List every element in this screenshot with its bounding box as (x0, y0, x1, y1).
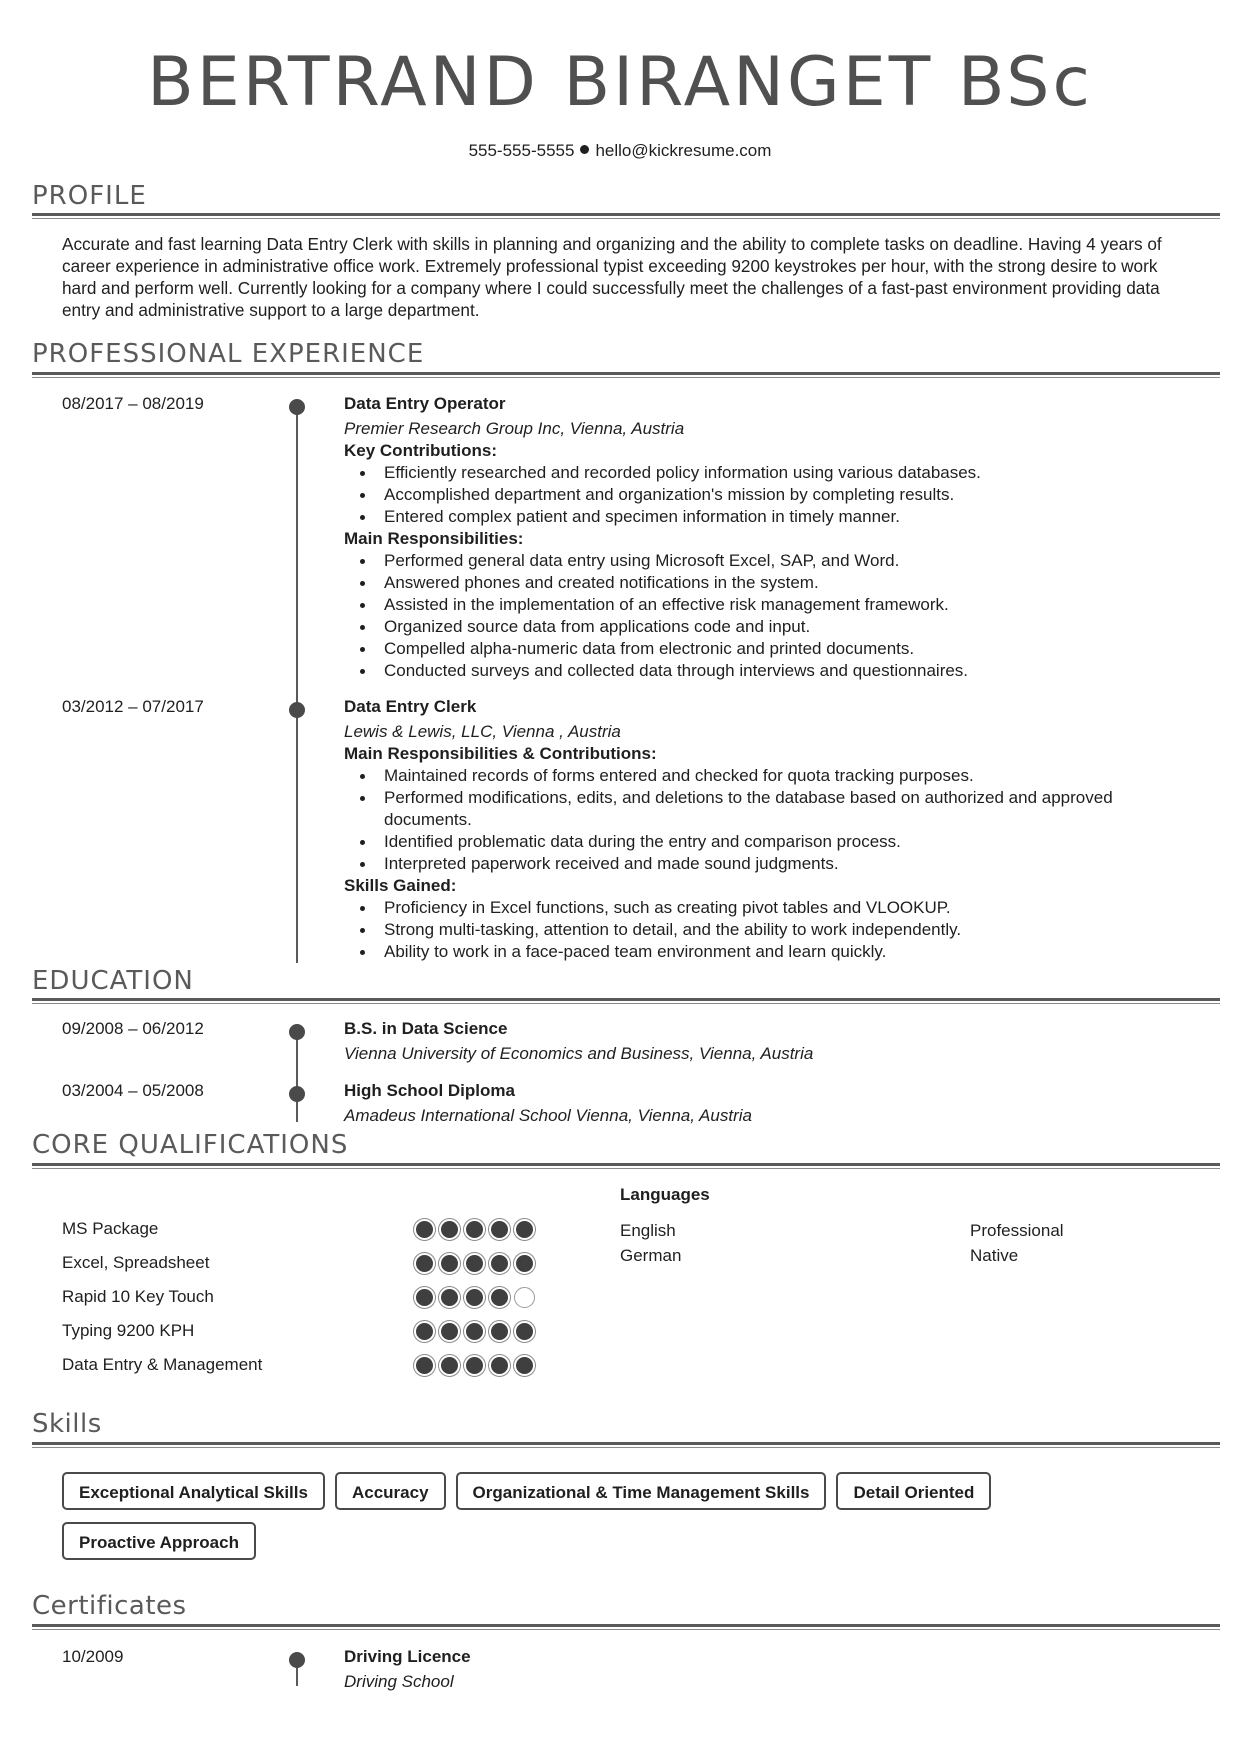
experience-dates: 03/2012 – 07/2017 (62, 697, 204, 717)
degree-title: B.S. in Data Science (344, 1018, 1204, 1040)
skill-tag: Detail Oriented (836, 1472, 991, 1510)
education-entry: B.S. in Data Science Vienna University o… (344, 1018, 1204, 1065)
list-item: Identified problematic data during the e… (384, 831, 1204, 853)
company-name: Lewis & Lewis, LLC, Vienna , Austria (344, 721, 1204, 743)
timeline-dot-icon (289, 399, 305, 415)
group-label: Main Responsibilities & Contributions: (344, 743, 1204, 765)
section-title-qualifications: CORE QUALIFICATIONS (32, 1130, 348, 1160)
list-item: Performed general data entry using Micro… (384, 550, 1204, 572)
profile-summary: Accurate and fast learning Data Entry Cl… (62, 233, 1180, 321)
filled-dot-icon (489, 1355, 510, 1376)
filled-dot-icon (489, 1253, 510, 1274)
job-title: Data Entry Operator (344, 393, 1204, 415)
group-label: Main Responsibilities: (344, 528, 1204, 550)
school-name: Amadeus International School Vienna, Vie… (344, 1105, 1204, 1127)
filled-dot-icon (439, 1219, 460, 1240)
filled-dot-icon (414, 1321, 435, 1342)
section-divider (32, 372, 1220, 378)
bullet-separator-icon (580, 145, 589, 154)
degree-title: High School Diploma (344, 1080, 1204, 1102)
timeline-dot-icon (289, 702, 305, 718)
section-divider (32, 1624, 1220, 1630)
job-title: Data Entry Clerk (344, 696, 1204, 718)
filled-dot-icon (464, 1321, 485, 1342)
filled-dot-icon (464, 1253, 485, 1274)
list-item: Assisted in the implementation of an eff… (384, 594, 1204, 616)
bullet-list: Performed general data entry using Micro… (344, 550, 1204, 682)
bullet-list: Maintained records of forms entered and … (344, 765, 1204, 875)
rating-dots (414, 1253, 538, 1274)
qualification-label: Typing 9200 KPH (62, 1321, 194, 1341)
rating-dots (414, 1321, 538, 1342)
empty-dot-icon (514, 1287, 535, 1308)
section-title-education: EDUCATION (32, 966, 194, 996)
skill-tag: Accuracy (335, 1472, 446, 1510)
rating-dots (414, 1219, 538, 1240)
list-item: Interpreted paperwork received and made … (384, 853, 1204, 875)
filled-dot-icon (414, 1253, 435, 1274)
education-dates: 03/2004 – 05/2008 (62, 1081, 204, 1101)
timeline-dot-icon (289, 1652, 305, 1668)
skill-tag: Exceptional Analytical Skills (62, 1472, 325, 1510)
list-item: Proficiency in Excel functions, such as … (384, 897, 1204, 919)
section-title-experience: PROFESSIONAL EXPERIENCE (32, 339, 424, 369)
contact-line: 555-555-5555hello@kickresume.com (0, 141, 1240, 161)
email-address[interactable]: hello@kickresume.com (595, 141, 771, 160)
timeline-dot-icon (289, 1086, 305, 1102)
filled-dot-icon (464, 1287, 485, 1308)
education-entry: High School Diploma Amadeus Internationa… (344, 1080, 1204, 1127)
language-name: English (620, 1221, 676, 1241)
filled-dot-icon (489, 1287, 510, 1308)
filled-dot-icon (414, 1219, 435, 1240)
filled-dot-icon (439, 1253, 460, 1274)
filled-dot-icon (414, 1355, 435, 1376)
phone-number: 555-555-5555 (469, 141, 575, 160)
language-level: Native (970, 1246, 1018, 1266)
company-name: Premier Research Group Inc, Vienna, Aust… (344, 418, 1204, 440)
section-divider (32, 213, 1220, 219)
languages-heading: Languages (620, 1185, 710, 1205)
filled-dot-icon (439, 1355, 460, 1376)
qualification-label: Excel, Spreadsheet (62, 1253, 209, 1273)
filled-dot-icon (514, 1219, 535, 1240)
list-item: Strong multi-tasking, attention to detai… (384, 919, 1204, 941)
filled-dot-icon (514, 1355, 535, 1376)
list-item: Performed modifications, edits, and dele… (384, 787, 1144, 831)
section-divider (32, 1442, 1220, 1448)
list-item: Organized source data from applications … (384, 616, 1204, 638)
filled-dot-icon (489, 1219, 510, 1240)
list-item: Ability to work in a face-paced team env… (384, 941, 1204, 963)
qualification-label: MS Package (62, 1219, 158, 1239)
list-item: Maintained records of forms entered and … (384, 765, 1204, 787)
filled-dot-icon (414, 1287, 435, 1308)
filled-dot-icon (514, 1253, 535, 1274)
school-name: Vienna University of Economics and Busin… (344, 1043, 1204, 1065)
section-title-skills: Skills (32, 1409, 102, 1439)
list-item: Entered complex patient and specimen inf… (384, 506, 1204, 528)
section-divider (32, 1163, 1220, 1169)
group-label: Key Contributions: (344, 440, 1204, 462)
section-divider (32, 998, 1220, 1004)
bullet-list: Efficiently researched and recorded poli… (344, 462, 1204, 528)
qualification-label: Rapid 10 Key Touch (62, 1287, 214, 1307)
list-item: Efficiently researched and recorded poli… (384, 462, 1204, 484)
skill-tag: Organizational & Time Management Skills (456, 1472, 827, 1510)
section-title-profile: PROFILE (32, 181, 147, 211)
group-label: Skills Gained: (344, 875, 1204, 897)
filled-dot-icon (464, 1219, 485, 1240)
experience-entry: Data Entry Operator Premier Research Gro… (344, 393, 1204, 682)
rating-dots (414, 1287, 538, 1308)
language-level: Professional (970, 1221, 1064, 1241)
section-title-certificates: Certificates (32, 1591, 187, 1621)
certificate-entry: Driving Licence Driving School (344, 1646, 1204, 1693)
language-name: German (620, 1246, 681, 1266)
experience-entry: Data Entry Clerk Lewis & Lewis, LLC, Vie… (344, 696, 1204, 963)
timeline-dot-icon (289, 1024, 305, 1040)
list-item: Accomplished department and organization… (384, 484, 1204, 506)
certificate-issuer: Driving School (344, 1671, 1204, 1693)
timeline-line (296, 408, 298, 963)
list-item: Answered phones and created notification… (384, 572, 1204, 594)
rating-dots (414, 1355, 538, 1376)
filled-dot-icon (439, 1287, 460, 1308)
qualification-label: Data Entry & Management (62, 1355, 262, 1375)
experience-dates: 08/2017 – 08/2019 (62, 394, 204, 414)
certificate-title: Driving Licence (344, 1646, 1204, 1668)
skills-tags: Exceptional Analytical Skills Accuracy O… (62, 1472, 1162, 1560)
certificate-date: 10/2009 (62, 1647, 123, 1667)
bullet-list: Proficiency in Excel functions, such as … (344, 897, 1204, 963)
candidate-name: BERTRAND BIRANGET BSc (0, 38, 1240, 128)
filled-dot-icon (464, 1355, 485, 1376)
education-dates: 09/2008 – 06/2012 (62, 1019, 204, 1039)
timeline-line (296, 1030, 298, 1122)
filled-dot-icon (489, 1321, 510, 1342)
filled-dot-icon (514, 1321, 535, 1342)
filled-dot-icon (439, 1321, 460, 1342)
list-item: Compelled alpha-numeric data from electr… (384, 638, 1204, 660)
list-item: Conducted surveys and collected data thr… (384, 660, 1204, 682)
skill-tag: Proactive Approach (62, 1522, 256, 1560)
